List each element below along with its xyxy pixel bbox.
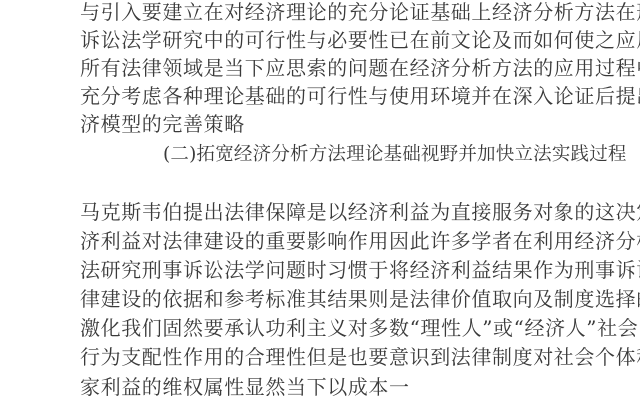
paragraph-2-line-2: 济利益对法律建设的重要影响作用因此许多学者在利用经济分析方 <box>80 229 540 253</box>
paragraph-2-line-6: 行为支配性作用的合理性但是也要意识到法律制度对社会个体和国 <box>80 345 540 369</box>
paragraph-2-line-3: 法研究刑事诉讼法学问题时习惯于将经济利益结果作为刑事诉讼法 <box>80 258 540 282</box>
paragraph-1-line-2: 诉讼法学研究中的可行性与必要性已在前文论及而如何使之应用到 <box>80 28 540 52</box>
paragraph-1-line-3: 所有法律领域是当下应思索的问题在经济分析方法的应用过程中应 <box>80 56 540 80</box>
paragraph-1-line-5: 济模型的完善策略 <box>80 112 540 136</box>
section-heading: (二)拓宽经济分析方法理论基础视野并加快立法实践过程 <box>163 143 543 167</box>
paragraph-2-line-7: 家利益的维权属性显然当下以成本一 <box>80 375 540 399</box>
paragraph-1-line-4: 充分考虑各种理论基础的可行性与使用环境并在深入论证后提出经 <box>80 84 540 108</box>
paragraph-1-line-1: 与引入要建立在对经济理论的充分论证基础上经济分析方法在刑事 <box>80 0 540 24</box>
document-page: 与引入要建立在对经济理论的充分论证基础上经济分析方法在刑事 诉讼法学研究中的可行… <box>0 0 640 400</box>
paragraph-2-line-4: 律建设的依据和参考标准其结果则是法律价值取向及制度选择的偏 <box>80 287 540 311</box>
paragraph-2-line-1: 马克斯韦伯提出法律保障是以经济利益为直接服务对象的这决定经 <box>80 200 540 224</box>
paragraph-2-line-5: 激化我们固然要承认功利主义对多数“理性人”或“经济人”社会 <box>80 316 540 340</box>
